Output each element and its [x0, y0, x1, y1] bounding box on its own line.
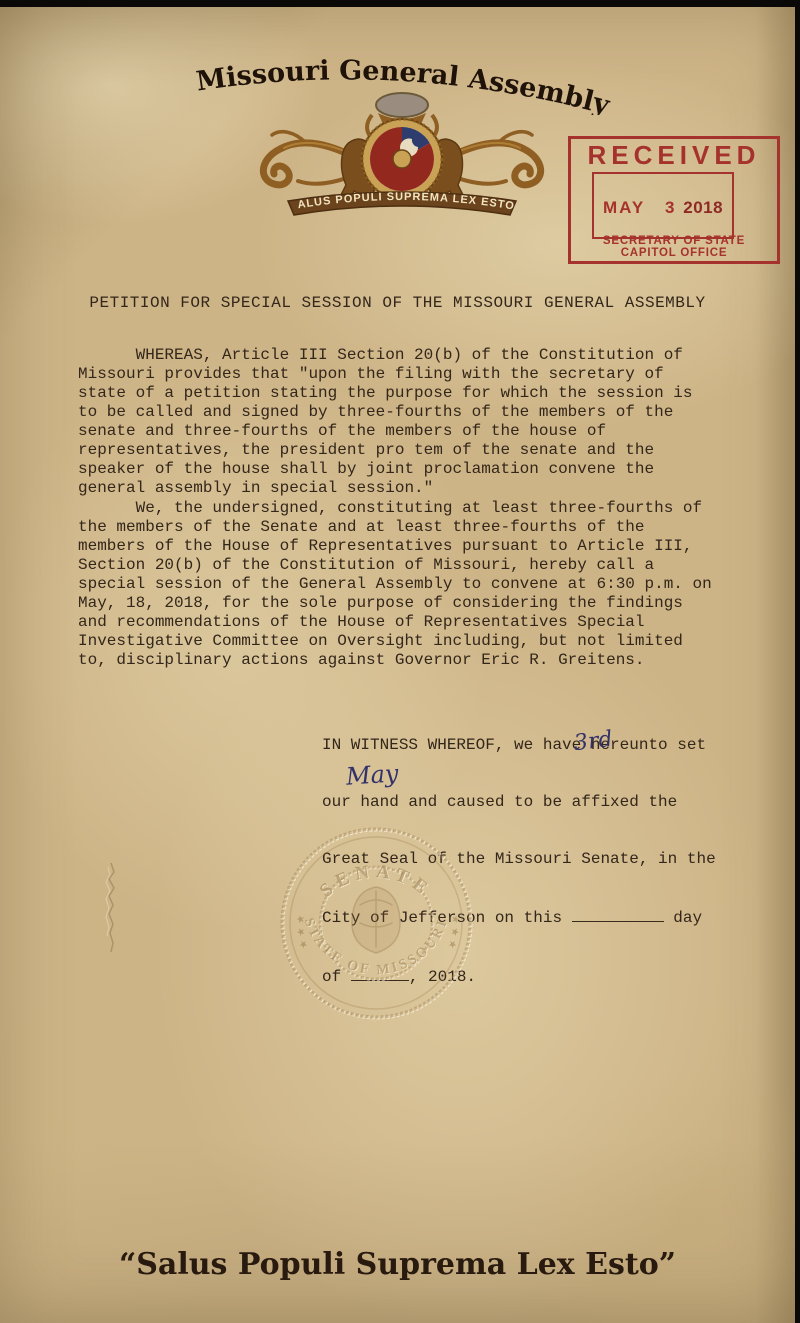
petition-paragraph: We, the undersigned, constituting at lea… — [78, 499, 712, 670]
stamp-office-line2: CAPITOL OFFICE — [571, 247, 777, 259]
missouri-seal-emblem: SALUS POPULI SUPREMA LEX ESTO — [246, 91, 558, 229]
handwritten-month: May — [345, 764, 399, 787]
witness-line-4-post: day — [664, 909, 702, 927]
petition-title: PETITION FOR SPECIAL SESSION OF THE MISS… — [0, 294, 795, 312]
day-blank-line — [572, 907, 664, 922]
embossed-senate-seal: SENATE SENATE STATE OF MISSOURI STATE OF… — [276, 821, 480, 1031]
stamp-date-gap — [645, 198, 665, 217]
received-label: RECEIVED — [571, 140, 777, 171]
stamp-day: 3 — [665, 198, 676, 217]
stamp-office-line1: SECRETARY OF STATE — [571, 235, 777, 247]
witness-line-1: IN WITNESS WHEREOF, we have hereunto set — [322, 736, 716, 755]
embossed-center-arms — [352, 887, 400, 953]
footer-motto: “Salus Populi Suprema Lex Esto” — [0, 1247, 795, 1282]
shield — [362, 119, 442, 199]
document-page: Missouri General Assembly — [0, 7, 795, 1323]
stamp-date-box: MAY 3 2018 — [592, 172, 734, 239]
whereas-paragraph: WHEREAS, Article III Section 20(b) of th… — [78, 346, 693, 498]
paper-crease — [95, 859, 129, 979]
photo-edge-right — [795, 0, 800, 1323]
stamp-office: SECRETARY OF STATE CAPITOL OFFICE — [571, 235, 777, 259]
stamp-year: 2018 — [683, 198, 723, 217]
stamp-date: MAY 3 2018 — [594, 198, 732, 218]
photo-edge-top — [0, 0, 800, 7]
handwritten-day: 3rd — [573, 730, 614, 754]
witness-line-2: our hand and caused to be affixed the — [322, 793, 716, 812]
stamp-month: MAY — [603, 198, 645, 217]
received-stamp: RECEIVED MAY 3 2018 SECRETARY OF STATE C… — [568, 136, 780, 264]
